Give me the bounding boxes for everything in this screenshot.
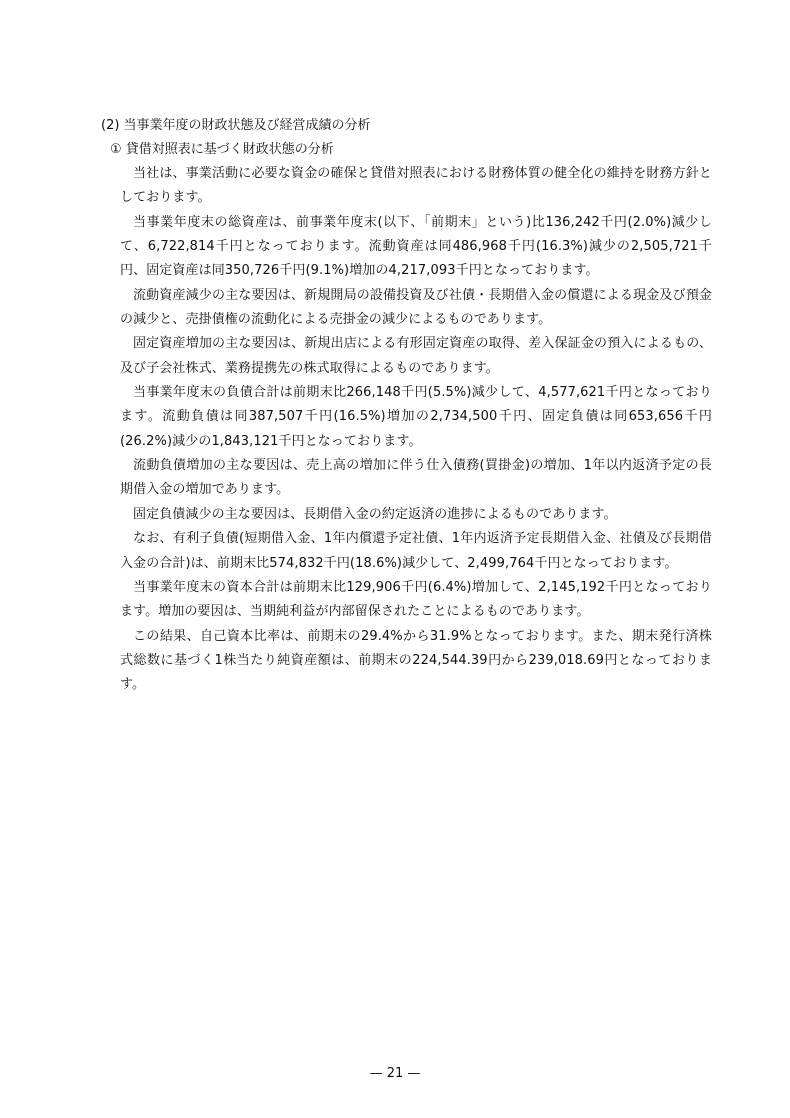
body-text: 当社は、事業活動に必要な資金の確保と貸借対照表における財務体質の健全化の維持を財… — [120, 162, 712, 698]
paragraph-total-equity: 当事業年度末の資本合計は前期末比129,906千円(6.4%)増加して、2,14… — [120, 576, 712, 625]
subsection-heading: ① 貸借対照表に基づく財政状態の分析 — [110, 141, 334, 159]
paragraph-interest-bearing-debt: なお、有利子負債(短期借入金、1年内償還予定社債、1年内返済予定長期借入金、社債… — [120, 527, 712, 576]
paragraph-total-assets: 当事業年度末の総資産は、前事業年度末(以下、「前期末」という)比136,242千… — [120, 211, 712, 284]
section-heading: (2) 当事業年度の財政状態及び経営成績の分析 — [101, 117, 371, 135]
paragraph-current-assets-reason: 流動資産減少の主な要因は、新規開局の設備投資及び社債・長期借入金の償還による現金… — [120, 284, 712, 333]
paragraph-current-liabilities-reason: 流動負債増加の主な要因は、売上高の増加に伴う仕入債務(買掛金)の増加、1年以内返… — [120, 454, 712, 503]
paragraph-equity-ratio: この結果、自己資本比率は、前期末の29.4%から31.9%となっております。また… — [120, 625, 712, 698]
paragraph-total-liabilities: 当事業年度末の負債合計は前期末比266,148千円(5.5%)減少して、4,57… — [120, 381, 712, 454]
paragraph-policy: 当社は、事業活動に必要な資金の確保と貸借対照表における財務体質の健全化の維持を財… — [120, 162, 712, 211]
paragraph-fixed-liabilities-reason: 固定負債減少の主な要因は、長期借入金の約定返済の進捗によるものであります。 — [120, 503, 712, 527]
document-page: (2) 当事業年度の財政状態及び経営成績の分析 ① 貸借対照表に基づく財政状態の… — [0, 0, 790, 1118]
paragraph-fixed-assets-reason: 固定資産増加の主な要因は、新規出店による有形固定資産の取得、差入保証金の預入によ… — [120, 332, 712, 381]
page-number: — 21 — — [0, 1066, 790, 1081]
